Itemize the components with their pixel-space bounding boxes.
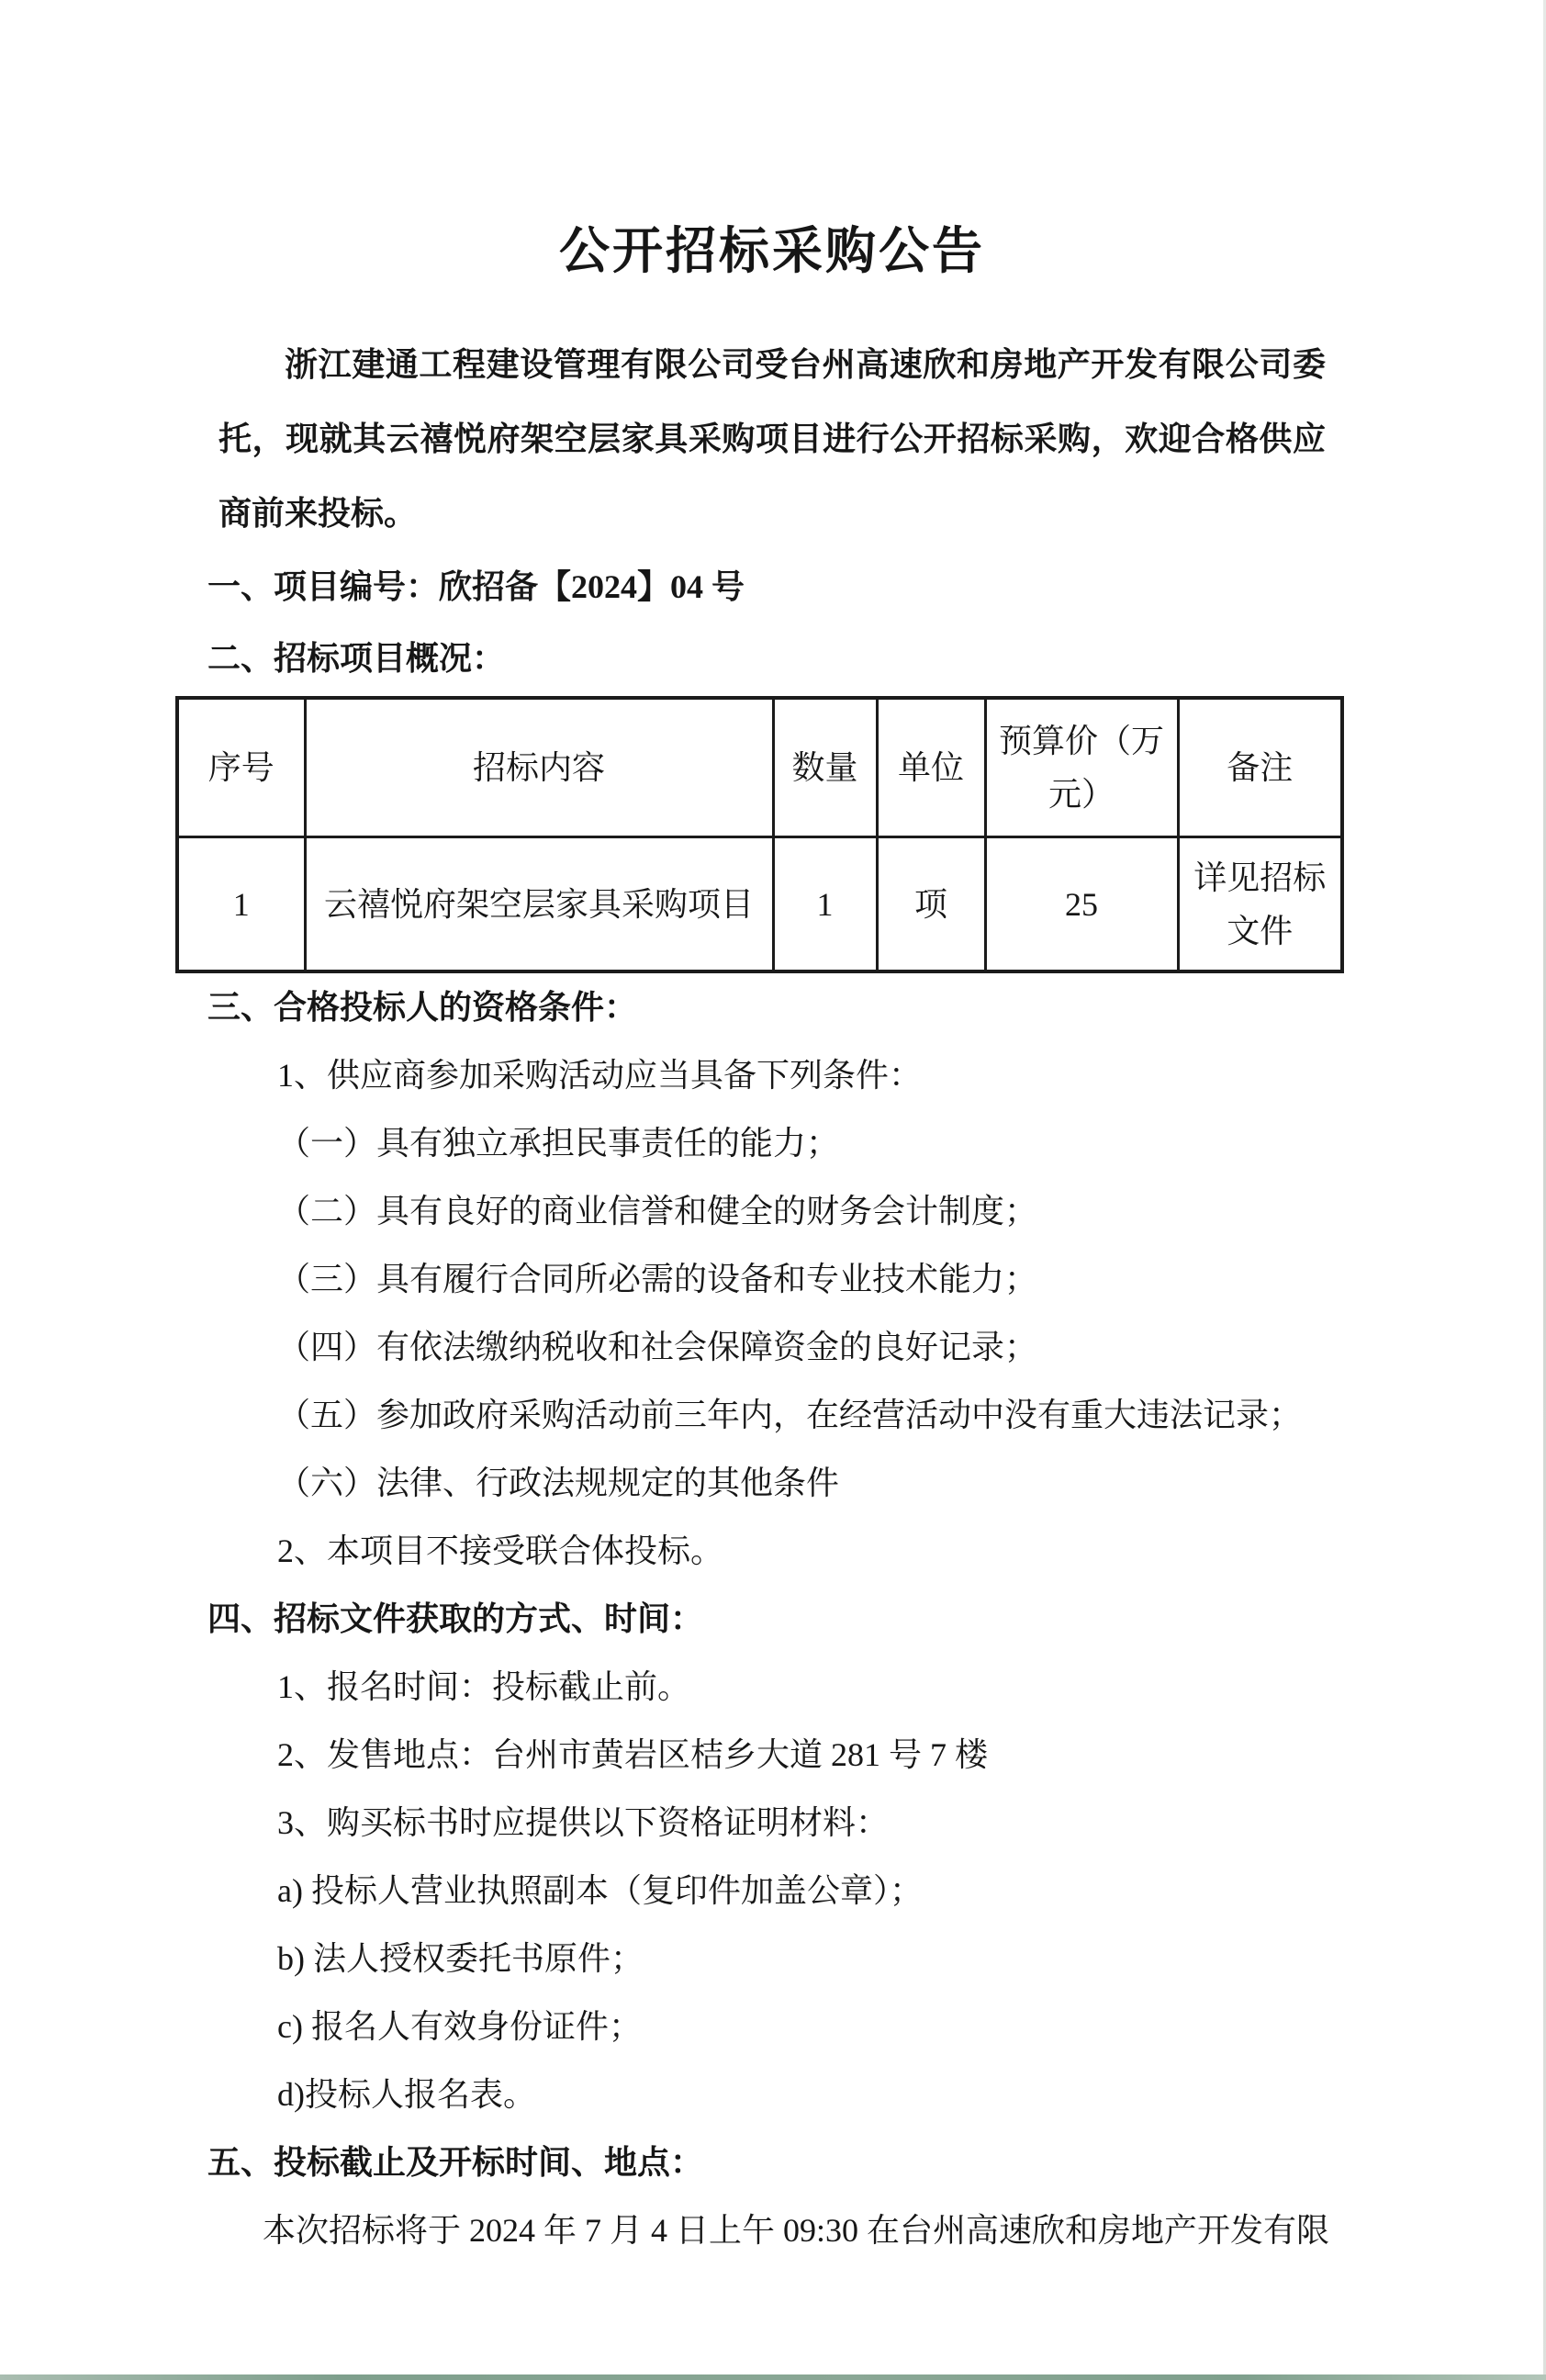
text-line: 1、报名时间：投标截止前。 xyxy=(218,1653,1326,1721)
text-line: （二）具有良好的商业信誉和健全的财务会计制度； xyxy=(218,1177,1326,1245)
table-cell: 云禧悦府架空层家具采购项目 xyxy=(305,837,773,971)
table-cell: 详见招标文件 xyxy=(1178,837,1342,971)
sections-after-table: 三、合格投标人的资格条件：1、供应商参加采购活动应当具备下列条件：（一）具有独立… xyxy=(218,973,1326,2264)
text-line: 一、项目编号：欣招备【2024】04 号 xyxy=(207,551,1326,623)
table-cell: 项 xyxy=(877,837,985,971)
text-line: （五）参加政府采购活动前三年内，在经营活动中没有重大违法记录； xyxy=(218,1381,1326,1449)
sections-before-table: 一、项目编号：欣招备【2024】04 号二、招标项目概况： xyxy=(218,551,1326,694)
scanned-document: { "title": "公开招标采购公告", "intro": "浙江建通工程建… xyxy=(0,0,1546,2380)
table-header: 序号招标内容数量单位预算价（万元）备注 xyxy=(177,698,1342,837)
text-line: 本次招标将于 2024 年 7 月 4 日上午 09:30 在台州高速欣和房地产… xyxy=(218,2196,1326,2264)
text-line: （四）有依法缴纳税收和社会保障资金的良好记录； xyxy=(218,1313,1326,1381)
table-header-cell: 招标内容 xyxy=(305,698,773,837)
text-line: （六）法律、行政法规规定的其他条件 xyxy=(218,1449,1326,1517)
scan-bottom-edge-line xyxy=(0,2374,1546,2380)
table-cell: 1 xyxy=(177,837,305,971)
table-header-cell: 单位 xyxy=(877,698,985,837)
tender-overview-table: 序号招标内容数量单位预算价（万元）备注 1云禧悦府架空层家具采购项目1项25详见… xyxy=(175,696,1344,973)
table-header-cell: 序号 xyxy=(177,698,305,837)
intro-paragraph: 浙江建通工程建设管理有限公司受台州高速欣和房地产开发有限公司委托，现就其云禧悦府… xyxy=(218,328,1326,551)
text-line: 三、合格投标人的资格条件： xyxy=(207,973,1326,1041)
text-line: 2、本项目不接受联合体投标。 xyxy=(218,1517,1326,1585)
text-line: 五、投标截止及开标时间、地点： xyxy=(207,2128,1326,2196)
document-title: 公开招标采购公告 xyxy=(218,209,1326,294)
table-header-cell: 备注 xyxy=(1178,698,1342,837)
text-line: 二、招标项目概况： xyxy=(207,623,1326,694)
text-line: 3、购买标书时应提供以下资格证明材料： xyxy=(218,1789,1326,1857)
text-line: （三）具有履行合同所必需的设备和专业技术能力； xyxy=(218,1245,1326,1313)
document-content: 公开招标采购公告 浙江建通工程建设管理有限公司受台州高速欣和房地产开发有限公司委… xyxy=(218,0,1326,2264)
table-cell: 25 xyxy=(985,837,1178,971)
table-header-cell: 数量 xyxy=(773,698,877,837)
text-line: 2、发售地点：台州市黄岩区桔乡大道 281 号 7 楼 xyxy=(218,1721,1326,1789)
text-line: b) 法人授权委托书原件； xyxy=(218,1925,1326,1993)
text-line: 四、招标文件获取的方式、时间： xyxy=(207,1585,1326,1653)
table-header-row: 序号招标内容数量单位预算价（万元）备注 xyxy=(177,698,1342,837)
table-body: 1云禧悦府架空层家具采购项目1项25详见招标文件 xyxy=(177,837,1342,971)
table-header-cell: 预算价（万元） xyxy=(985,698,1178,837)
text-line: （一）具有独立承担民事责任的能力； xyxy=(218,1109,1326,1177)
text-line: 1、供应商参加采购活动应当具备下列条件： xyxy=(218,1041,1326,1109)
text-line: d)投标人报名表。 xyxy=(218,2060,1326,2128)
text-line: a) 投标人营业执照副本（复印件加盖公章）； xyxy=(218,1857,1326,1925)
text-line: c) 报名人有效身份证件； xyxy=(218,1993,1326,2060)
table-row: 1云禧悦府架空层家具采购项目1项25详见招标文件 xyxy=(177,837,1342,971)
table-cell: 1 xyxy=(773,837,877,971)
